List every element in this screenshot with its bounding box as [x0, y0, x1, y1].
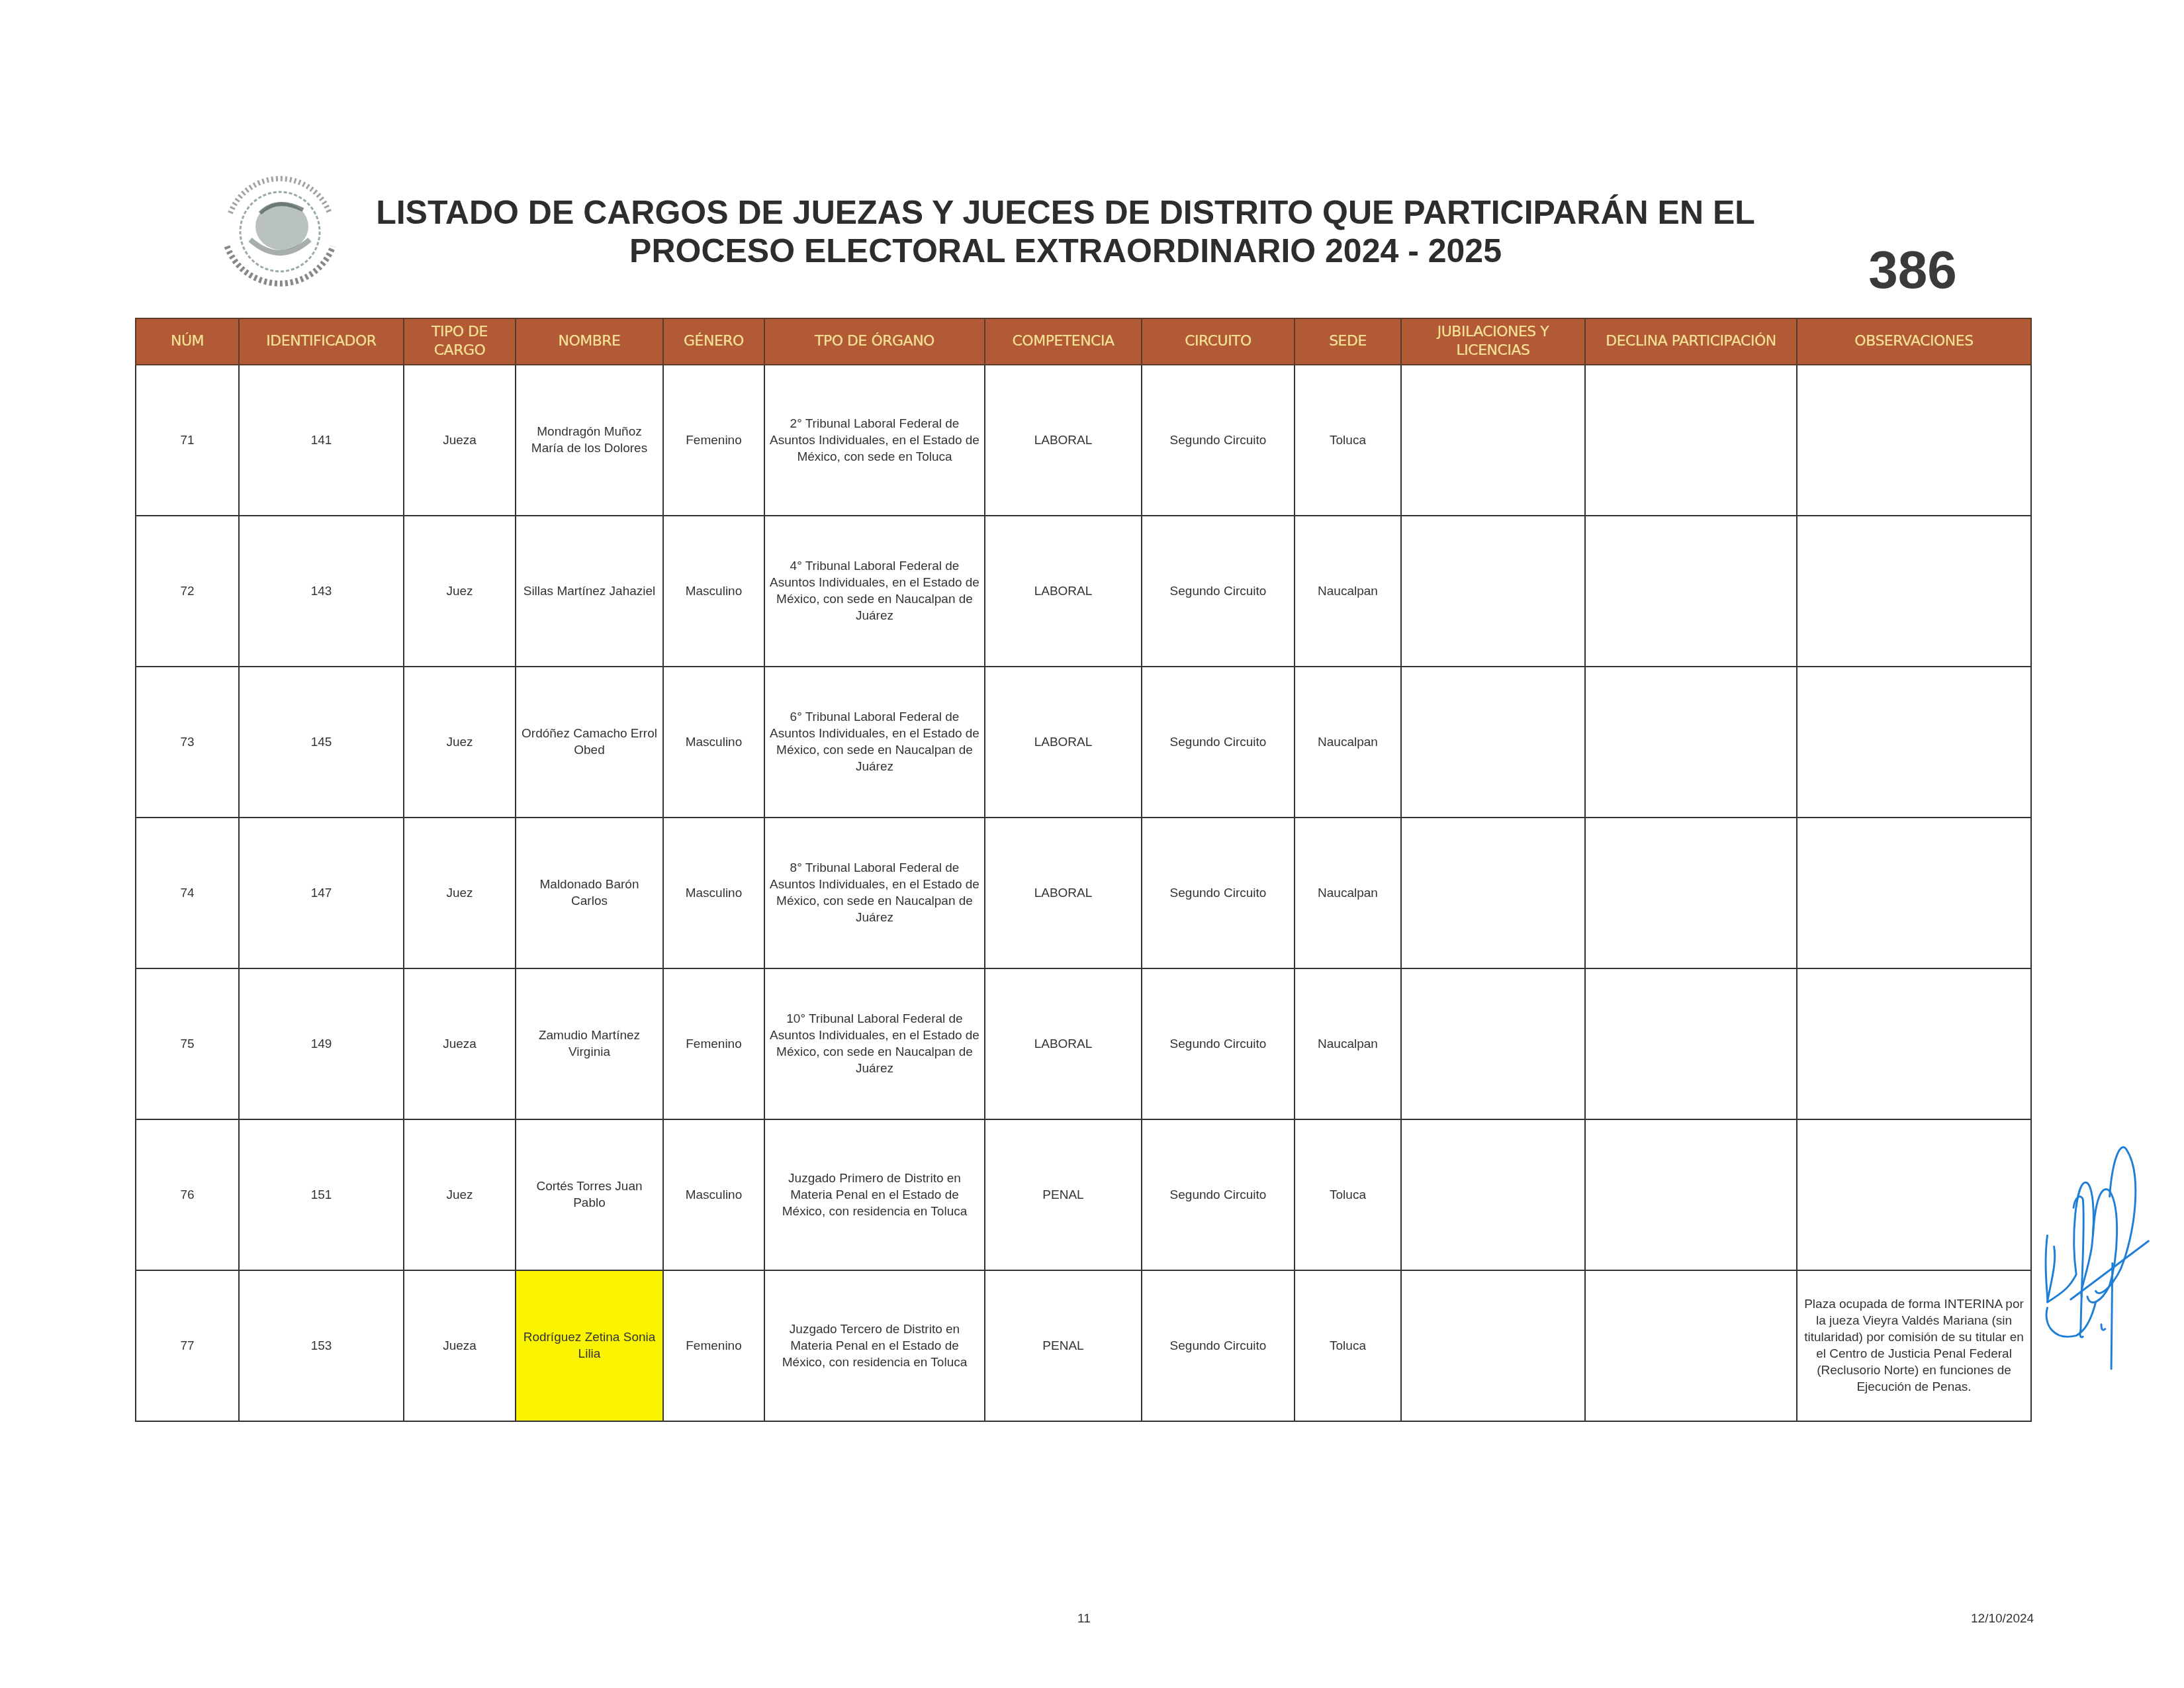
genero-cell: Femenino: [663, 365, 764, 516]
organo-cell: 10° Tribunal Laboral Federal de Asuntos …: [764, 968, 985, 1119]
identificador-cell: 147: [239, 818, 404, 968]
sede-cell: Naucalpan: [1295, 818, 1401, 968]
genero-cell: Masculino: [663, 667, 764, 818]
tipo-cargo-cell: Juez: [404, 667, 516, 818]
declina-cell: [1585, 1119, 1797, 1270]
tipo-cargo-cell: Juez: [404, 818, 516, 968]
jubilaciones-cell: [1401, 1270, 1585, 1421]
nombre-cell: Mondragón Muñoz María de los Dolores: [516, 365, 663, 516]
nombre-cell: Ordóñez Camacho Errol Obed: [516, 667, 663, 818]
sede-cell: Naucalpan: [1295, 968, 1401, 1119]
num-cell: 72: [136, 516, 239, 667]
tipo-cargo-cell: Jueza: [404, 968, 516, 1119]
identificador-cell: 149: [239, 968, 404, 1119]
circuito-cell: Segundo Circuito: [1142, 365, 1295, 516]
jubilaciones-cell: [1401, 365, 1585, 516]
sede-cell: Toluca: [1295, 1119, 1401, 1270]
num-cell: 77: [136, 1270, 239, 1421]
observaciones-cell: [1797, 516, 2031, 667]
tipo-cargo-cell: Jueza: [404, 1270, 516, 1421]
column-header: JUBILACIONES Y LICENCIAS: [1401, 318, 1585, 365]
jubilaciones-cell: [1401, 667, 1585, 818]
num-cell: 76: [136, 1119, 239, 1270]
circuito-cell: Segundo Circuito: [1142, 968, 1295, 1119]
competencia-cell: LABORAL: [985, 516, 1142, 667]
judges-table: NÚMIDENTIFICADORTIPO DE CARGONOMBREGÉNER…: [135, 318, 2032, 1422]
declina-cell: [1585, 516, 1797, 667]
sede-cell: Toluca: [1295, 1270, 1401, 1421]
identificador-cell: 145: [239, 667, 404, 818]
column-header: CIRCUITO: [1142, 318, 1295, 365]
competencia-cell: LABORAL: [985, 667, 1142, 818]
observaciones-cell: [1797, 365, 2031, 516]
circuito-cell: Segundo Circuito: [1142, 818, 1295, 968]
competencia-cell: PENAL: [985, 1270, 1142, 1421]
table-row: 75149JuezaZamudio Martínez VirginiaFemen…: [136, 968, 2031, 1119]
declina-cell: [1585, 365, 1797, 516]
circuito-cell: Segundo Circuito: [1142, 667, 1295, 818]
organo-cell: 6° Tribunal Laboral Federal de Asuntos I…: [764, 667, 985, 818]
document-title: LISTADO DE CARGOS DE JUEZAS Y JUECES DE …: [371, 193, 1760, 270]
column-header: DECLINA PARTICIPACIÓN: [1585, 318, 1797, 365]
table-row: 76151JuezCortés Torres Juan PabloMasculi…: [136, 1119, 2031, 1270]
genero-cell: Femenino: [663, 968, 764, 1119]
table-header-row: NÚMIDENTIFICADORTIPO DE CARGONOMBREGÉNER…: [136, 318, 2031, 365]
tipo-cargo-cell: Juez: [404, 516, 516, 667]
competencia-cell: LABORAL: [985, 365, 1142, 516]
column-header: COMPETENCIA: [985, 318, 1142, 365]
tipo-cargo-cell: Juez: [404, 1119, 516, 1270]
declina-cell: [1585, 1270, 1797, 1421]
identificador-cell: 141: [239, 365, 404, 516]
table-row: 72143JuezSillas Martínez JahazielMasculi…: [136, 516, 2031, 667]
nombre-cell: Maldonado Barón Carlos: [516, 818, 663, 968]
observaciones-cell: [1797, 818, 2031, 968]
identificador-cell: 143: [239, 516, 404, 667]
jubilaciones-cell: [1401, 818, 1585, 968]
title-line-2: PROCESO ELECTORAL EXTRAORDINARIO 2024 - …: [371, 232, 1760, 270]
organo-cell: Juzgado Tercero de Distrito en Materia P…: [764, 1270, 985, 1421]
column-header: NOMBRE: [516, 318, 663, 365]
sede-cell: Naucalpan: [1295, 667, 1401, 818]
declina-cell: [1585, 968, 1797, 1119]
stamp-number: 386: [1846, 240, 1979, 301]
circuito-cell: Segundo Circuito: [1142, 1119, 1295, 1270]
jubilaciones-cell: [1401, 516, 1585, 667]
observaciones-cell: Plaza ocupada de forma INTERINA por la j…: [1797, 1270, 2031, 1421]
identificador-cell: 153: [239, 1270, 404, 1421]
circuito-cell: Segundo Circuito: [1142, 1270, 1295, 1421]
nombre-cell: Sillas Martínez Jahaziel: [516, 516, 663, 667]
declina-cell: [1585, 818, 1797, 968]
organo-cell: 4° Tribunal Laboral Federal de Asuntos I…: [764, 516, 985, 667]
column-header: NÚM: [136, 318, 239, 365]
table-row: 77153JuezaRodríguez Zetina Sonia LiliaFe…: [136, 1270, 2031, 1421]
jubilaciones-cell: [1401, 968, 1585, 1119]
nombre-cell: Cortés Torres Juan Pablo: [516, 1119, 663, 1270]
circuito-cell: Segundo Circuito: [1142, 516, 1295, 667]
column-header: TIPO DE CARGO: [404, 318, 516, 365]
column-header: TPO DE ÓRGANO: [764, 318, 985, 365]
jubilaciones-cell: [1401, 1119, 1585, 1270]
column-header: IDENTIFICADOR: [239, 318, 404, 365]
competencia-cell: LABORAL: [985, 818, 1142, 968]
declina-cell: [1585, 667, 1797, 818]
nombre-cell: Rodríguez Zetina Sonia Lilia: [516, 1270, 663, 1421]
nombre-cell: Zamudio Martínez Virginia: [516, 968, 663, 1119]
table-row: 71141JuezaMondragón Muñoz María de los D…: [136, 365, 2031, 516]
footer-page-number: 11: [1077, 1612, 1091, 1626]
organo-cell: 2° Tribunal Laboral Federal de Asuntos I…: [764, 365, 985, 516]
num-cell: 74: [136, 818, 239, 968]
competencia-cell: PENAL: [985, 1119, 1142, 1270]
title-line-1: LISTADO DE CARGOS DE JUEZAS Y JUECES DE …: [371, 193, 1760, 232]
table-row: 73145JuezOrdóñez Camacho Errol ObedMascu…: [136, 667, 2031, 818]
sede-cell: Toluca: [1295, 365, 1401, 516]
num-cell: 73: [136, 667, 239, 818]
tipo-cargo-cell: Jueza: [404, 365, 516, 516]
signature-icon: [2032, 1112, 2171, 1403]
identificador-cell: 151: [239, 1119, 404, 1270]
senado-seal-logo: [210, 173, 349, 289]
genero-cell: Masculino: [663, 1119, 764, 1270]
column-header: OBSERVACIONES: [1797, 318, 2031, 365]
num-cell: 75: [136, 968, 239, 1119]
table-row: 74147JuezMaldonado Barón CarlosMasculino…: [136, 818, 2031, 968]
column-header: GÉNERO: [663, 318, 764, 365]
column-header: SEDE: [1295, 318, 1401, 365]
observaciones-cell: [1797, 667, 2031, 818]
observaciones-cell: [1797, 1119, 2031, 1270]
organo-cell: Juzgado Primero de Distrito en Materia P…: [764, 1119, 985, 1270]
genero-cell: Masculino: [663, 516, 764, 667]
genero-cell: Masculino: [663, 818, 764, 968]
footer-date: 12/10/2024: [1971, 1612, 2034, 1626]
organo-cell: 8° Tribunal Laboral Federal de Asuntos I…: [764, 818, 985, 968]
sede-cell: Naucalpan: [1295, 516, 1401, 667]
genero-cell: Femenino: [663, 1270, 764, 1421]
competencia-cell: LABORAL: [985, 968, 1142, 1119]
observaciones-cell: [1797, 968, 2031, 1119]
num-cell: 71: [136, 365, 239, 516]
